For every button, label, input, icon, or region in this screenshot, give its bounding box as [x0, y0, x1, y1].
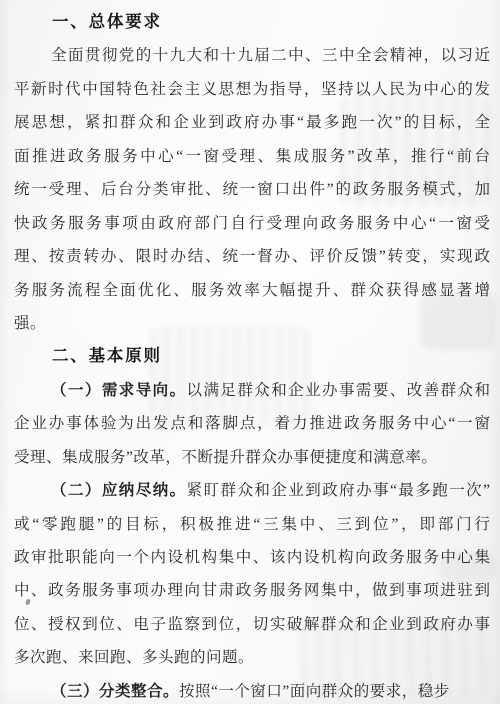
body-line: 快政务服务事项由政府部门自行受理向政务服务中心“一窗受	[14, 207, 490, 240]
section-heading: 二、基本原则	[14, 340, 490, 373]
body-line: 或“零跑腿”的目标，积极推进“三集中、三到位”，即部门行	[14, 508, 490, 541]
body-line: 务服务流程全面优化、服务效率大幅提升、群众获得感显著增	[14, 274, 490, 307]
principle-lead: （三）分类整合。	[51, 683, 179, 700]
body-line: 政审批职能向一个内设机构集中、该内设机构向政务服务中心集	[14, 541, 490, 574]
body-line: 展思想，紧扣群众和企业到政府办事“最多跑一次”的目标，全	[14, 106, 490, 139]
principle-first-text: 按照“一个窗口”面向群众的要求，稳步	[179, 683, 450, 700]
body-line: 中、政务服务事项办理向甘肃政务服务网集中，做到事项进驻到	[14, 574, 490, 607]
principle-lead: （一）需求导向。	[51, 382, 187, 399]
body-line: 企业办事体验为出发点和落脚点，着力推进政务服务中心“一窗	[14, 407, 490, 440]
scanned-document-page: 一、总体要求 全面贯彻党的十九大和十九届二中、三中全会精神，以习近 平新时代中国…	[0, 0, 500, 704]
principle-first-line: （二）应纳尽纳。紧盯群众和企业到政府办事“最多跑一次”	[14, 474, 490, 507]
body-line: 多次跑、来回跑、多头跑的问题。	[14, 641, 490, 674]
body-line: 理、按责转办、限时办结、统一督办、评价反馈”转变，实现政	[14, 240, 490, 273]
principle-first-text: 紧盯群众和企业到政府办事“最多跑一次”	[187, 482, 490, 499]
principle-lead: （二）应纳尽纳。	[51, 482, 187, 499]
body-line: 强。	[14, 307, 490, 340]
principle-first-line: （一）需求导向。以满足群众和企业办事需要、改善群众和	[14, 374, 490, 407]
section-heading: 一、总体要求	[14, 6, 490, 39]
principle-first-text: 以满足群众和企业办事需要、改善群众和	[187, 382, 490, 399]
body-line: 位、授权到位、电子监察到位，切实破解群众和企业到政府办事	[14, 608, 490, 641]
principle-first-line: （三）分类整合。按照“一个窗口”面向群众的要求，稳步	[14, 675, 490, 704]
body-line: 统一受理、后台分类审批、统一窗口出件”的政务服务模式，加	[14, 173, 490, 206]
body-line: 全面贯彻党的十九大和十九届二中、三中全会精神，以习近	[14, 39, 490, 72]
body-line: 受理、集成服务”改革，不断提升群众办事便捷度和满意率。	[14, 441, 490, 474]
body-line: 平新时代中国特色社会主义思想为指导，坚持以人民为中心的发	[14, 73, 490, 106]
body-line: 面推进政务服务中心“一窗受理、集成服务”改革，推行“前台	[14, 140, 490, 173]
